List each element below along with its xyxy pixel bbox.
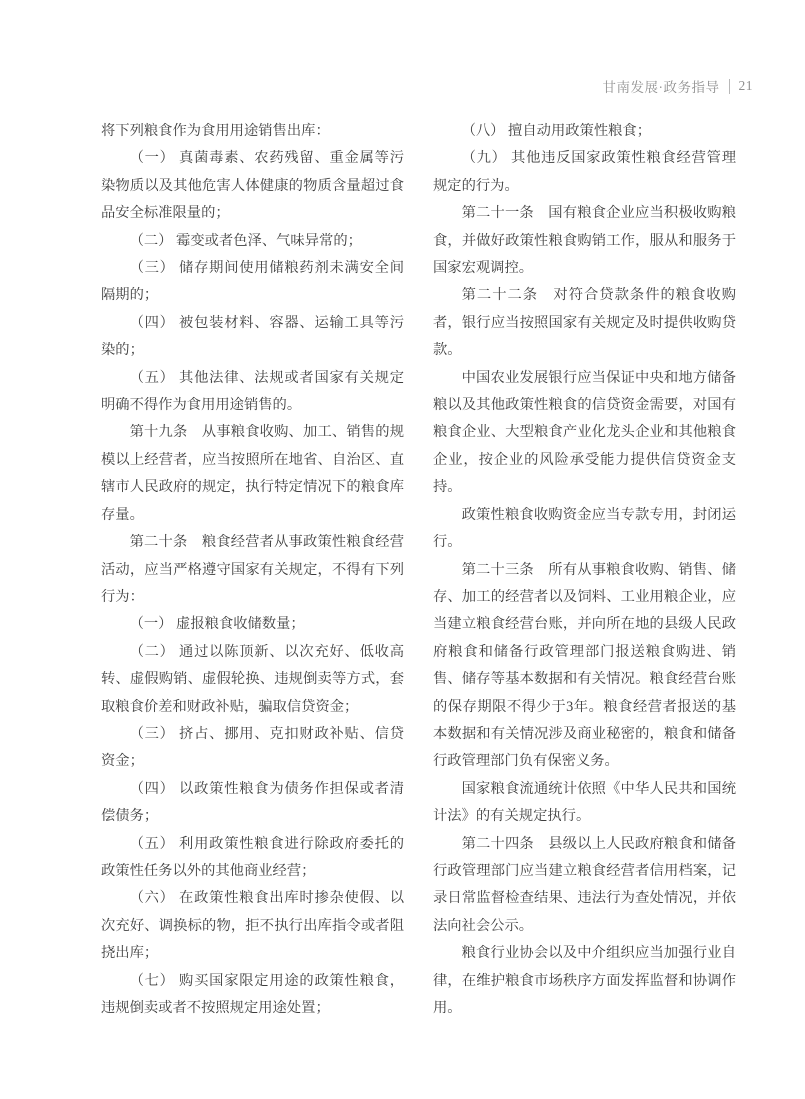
paragraph: 第二十二条 对符合贷款条件的粮食收购者，银行应当按照国家有关规定及时提供收购贷款… <box>433 282 736 364</box>
paragraph: 粮食行业协会以及中介组织应当加强行业自律，在维护粮食市场秩序方面发挥监督和协调作… <box>433 940 736 1022</box>
paragraph: （二） 霉变或者色泽、气味异常的； <box>101 228 404 255</box>
paragraph: 第二十一条 国有粮食企业应当积极收购粮食，并做好政策性粮食购销工作，服从和服务于… <box>433 200 736 282</box>
paragraph: 政策性粮食收购资金应当专款专用，封闭运行。 <box>433 502 736 557</box>
paragraph: 第二十条 粮食经营者从事政策性粮食经营活动，应当严格遵守国家有关规定，不得有下列… <box>101 529 404 611</box>
paragraph: （九） 其他违反国家政策性粮食经营管理规定的行为。 <box>433 145 736 200</box>
page-header: 甘南发展·政务指导 21 <box>603 76 754 96</box>
paragraph: （四） 被包装材料、容器、运输工具等污染的； <box>101 310 404 365</box>
left-column: 将下列粮食作为食用用途销售出库： （一） 真菌毒素、农药残留、重金属等污染物质以… <box>101 118 404 1022</box>
journal-title: 甘南发展·政务指导 <box>603 76 720 96</box>
paragraph: 第十九条 从事粮食收购、加工、销售的规模以上经营者，应当按照所在地省、自治区、直… <box>101 419 404 529</box>
paragraph: 将下列粮食作为食用用途销售出库： <box>101 118 404 145</box>
paragraph: （八） 擅自动用政策性粮食； <box>433 118 736 145</box>
paragraph: （一） 真菌毒素、农药残留、重金属等污染物质以及其他危害人体健康的物质含量超过食… <box>101 145 404 227</box>
paragraph: （七） 购买国家限定用途的政策性粮食，违规倒卖或者不按照规定用途处置； <box>101 968 404 1023</box>
page-number: 21 <box>739 78 754 94</box>
paragraph: （三） 挤占、挪用、克扣财政补贴、信贷资金； <box>101 721 404 776</box>
paragraph: （五） 利用政策性粮食进行除政府委托的政策性任务以外的其他商业经营； <box>101 831 404 886</box>
paragraph: （六） 在政策性粮食出库时掺杂使假、以次充好、调换标的物，拒不执行出库指令或者阻… <box>101 885 404 967</box>
text-columns: 将下列粮食作为食用用途销售出库： （一） 真菌毒素、农药残留、重金属等污染物质以… <box>101 118 736 1022</box>
paragraph: （五） 其他法律、法规或者国家有关规定明确不得作为食用用途销售的。 <box>101 365 404 420</box>
header-divider <box>729 79 730 94</box>
paragraph: 国家粮食流通统计依照《中华人民共和国统计法》的有关规定执行。 <box>433 776 736 831</box>
paragraph: 中国农业发展银行应当保证中央和地方储备粮以及其他政策性粮食的信贷资金需要，对国有… <box>433 365 736 502</box>
paragraph: （二） 通过以陈顶新、以次充好、低收高转、虚假购销、虚假轮换、违规倒卖等方式，套… <box>101 639 404 721</box>
paragraph: （三） 储存期间使用储粮药剂未满安全间隔期的； <box>101 255 404 310</box>
document-page: 甘南发展·政务指导 21 将下列粮食作为食用用途销售出库： （一） 真菌毒素、农… <box>0 0 805 1099</box>
paragraph: （四） 以政策性粮食为债务作担保或者清偿债务； <box>101 776 404 831</box>
paragraph: （一） 虚报粮食收储数量； <box>101 611 404 638</box>
paragraph: 第二十三条 所有从事粮食收购、销售、储存、加工的经营者以及饲料、工业用粮企业，应… <box>433 557 736 776</box>
paragraph: 第二十四条 县级以上人民政府粮食和储备行政管理部门应当建立粮食经营者信用档案，记… <box>433 831 736 941</box>
right-column: （八） 擅自动用政策性粮食； （九） 其他违反国家政策性粮食经营管理规定的行为。… <box>433 118 736 1022</box>
